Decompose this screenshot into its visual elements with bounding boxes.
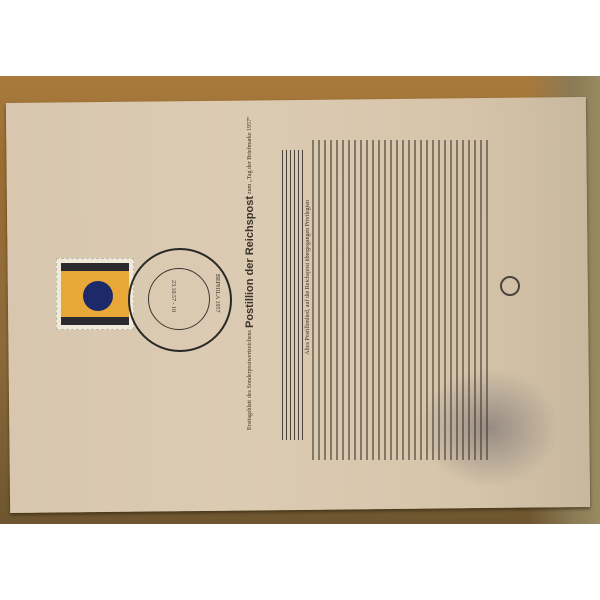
postmark: 23.10.57 - 10 BEPHILA 1957: [128, 248, 232, 352]
postage-stamp: [56, 258, 134, 330]
postmark-date: 23.10.57 - 10: [170, 280, 176, 312]
postillion-figure: [83, 281, 113, 311]
stamp-image: [61, 263, 129, 325]
stamp-bottom-band: [61, 317, 129, 325]
bottom-white-border: [0, 524, 600, 600]
music-staff: [282, 150, 306, 440]
post-horn-icon: [500, 276, 520, 296]
stamp-top-band: [61, 263, 129, 271]
postmark-city: BEPHILA 1957: [214, 274, 220, 313]
line-zum: zum: [247, 184, 253, 194]
title-block: Ersttagsblatt des Sonderpostwertzeichens…: [244, 200, 256, 430]
sheet-subtitle: „Tag der Briefmarke 1957“: [247, 116, 253, 182]
top-white-border: [0, 0, 600, 76]
heading-line2: des Sonderpostwertzeichens: [247, 330, 253, 398]
heading-small: Ersttagsblatt: [247, 400, 253, 430]
postmark-center: [148, 268, 210, 330]
body-text: [312, 140, 492, 460]
sheet-title: Postillion der Reichspost: [244, 196, 256, 328]
song-caption: Altes Postillonlied, auf die Reichspost …: [305, 200, 311, 355]
